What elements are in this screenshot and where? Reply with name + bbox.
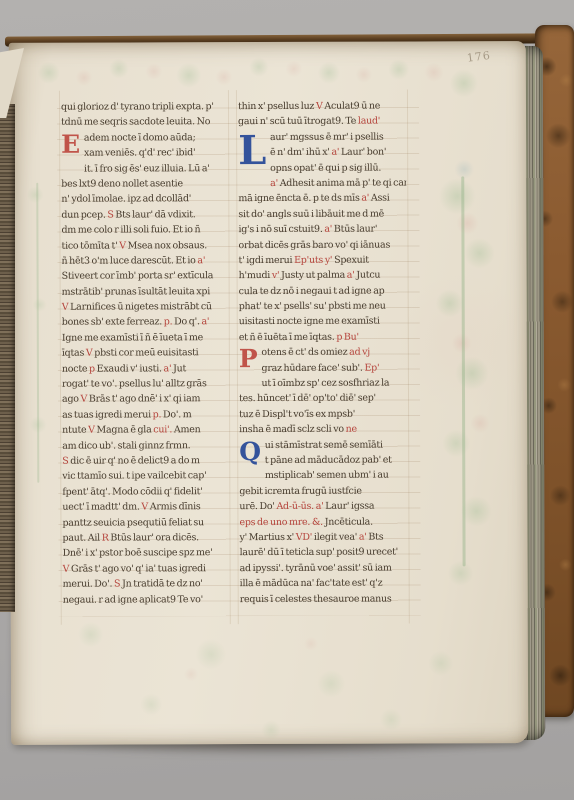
rubric-text: a' [164,363,174,374]
rubric-text: a' [347,270,357,281]
body-text: t' igdi merui [239,255,295,266]
body-text: it. ī fro sig ēs' euz illuia. Lū a' [84,163,210,174]
manuscript-text-line: Dnē' i x' pstor boē suscipe spz me' [63,545,231,561]
text-column-left: qui glorioz d' tyrano tripli expta. p'td… [61,99,231,607]
manuscript-text-line: insha ē madī sclz scli vo ne [239,422,407,438]
rubric-text: Ep'uts y' [294,255,334,266]
body-text: et ñ ē īuēta ī me īqtas. [239,332,337,343]
rubric-text: a' [361,193,371,204]
body-text: panttz seuicia psequtiū feliat su [62,517,203,528]
body-text: Laur' bon' [341,147,386,158]
body-text: thin x' psellus luz [238,101,316,112]
manuscript-text-line: h'mudi v' Justy ut palma a' Jutcu [239,268,407,284]
manuscript-text-line: uect' ī madtt' dm. V Armis dīnis [62,499,230,515]
body-text: rogat' te vo'. psellus lu' alltz grās [62,378,207,390]
body-text: qui glorioz d' tyrano tripli expta. p' [61,101,214,113]
body-text: otens ē ct' ds omiez [261,347,349,358]
manuscript-text-line: t pāne ad māducādoz pab' et [239,453,407,469]
manuscript-text-line: graz hūdare face' sub'. Ep' [239,360,407,376]
body-text: orbat dicēs grās baro vo' qi iānuas [238,239,390,251]
manuscript-text-line: S dic ē uir q' no ē delict9 a do m [62,453,230,469]
manuscript-text-line: ad ipyssi'. tyrānū voe' assit' sū iam [240,560,408,576]
manuscript-text-line: am dico ub'. stali ginnz frmn. [62,438,230,454]
illuminated-initial-p: P [239,345,258,376]
rubric-text: p Bu' [336,332,359,343]
manuscript-text-line: a' Adhesit anima mā p' te qi caro [238,175,406,191]
body-text: insha ē madī sclz scli vo [239,424,345,435]
body-text: uisitasti nocte igne me examīsti [239,316,380,327]
body-text: uect' ī madtt' dm. [62,502,141,513]
manuscript-text-line: gaui n' scū tuū ītrogat9. Te laud' [238,114,406,130]
manuscript-text-line: Potens ē ct' ds omiez ad vj [239,345,407,361]
rubric-text: p. [164,317,174,328]
manuscript-text-line: requis ī celestes thesauroe manus [240,591,408,607]
body-text: fpent' ātq'. Modo cōdii q' fidelit' [62,486,202,497]
body-text: ilegit vea' [314,532,359,543]
body-text: dun pcep. [61,209,107,220]
body-text: ago [62,394,81,405]
manuscript-text-line: ntute V Magna ē gla cui'. Amen [62,422,230,438]
rubric-text: p [89,363,97,374]
rubric-text: cui'. [153,425,174,436]
rubric-text: Ep' [364,362,379,373]
manuscript-text-line: as tuas igredi merui p. Do'. m [62,407,230,423]
body-text: Assi [371,193,390,204]
body-text: nocte [62,363,89,374]
body-text: mā igne ēncta ē. p te ds mīs [238,193,361,204]
body-text: opns opat' ē qui p sig illū. [270,162,381,173]
body-text: t pāne ad māducādoz pab' et [265,455,392,466]
body-text: as tuas igredi merui [62,409,153,420]
body-text: Adhesit anima mā p' te qi caro [280,177,408,188]
rubric-text: R [102,532,111,543]
rubric-text: a' [197,255,205,266]
manuscript-text-line: qui glorioz d' tyrano tripli expta. p' [61,99,229,115]
body-text: Igne me examīsti ī ñ ē īueta ī me [62,332,203,343]
body-text: Exaudi v' iusti. [97,363,164,374]
body-text: aur' mgssus ē mr' i psellis [270,131,384,142]
manuscript-text-line: uisitasti nocte igne me examīsti [239,314,407,330]
body-text: Bts [368,532,383,543]
manuscript-text-line: tico tōmīta t' V Msea nox obsaus. [61,238,229,254]
rubric-text: Ad-ū-ūs. a' [276,501,325,512]
manuscript-text-line: eps de uno mre. &. Jncēticula. [239,514,407,530]
body-text: gaui n' scū tuū ītrogat9. Te [238,116,358,127]
manuscript-text-line: laurē' dū ī teticla sup' posit9 urecet' [240,545,408,561]
body-text: adem nocte ī domo aūda; [84,132,196,143]
body-text: ad ipyssi'. tyrānū voe' assit' sū iam [240,562,392,574]
body-text: Jn tratidā te dz no' [122,578,203,589]
manuscript-text-line: merui. Do'. S Jn tratidā te dz no' [63,576,231,592]
manuscript-text-line: phat' te x' psells' su' pbsti me neu [239,299,407,315]
body-text: Bts laur' dā vdixit. [115,209,195,220]
body-text: ig's i nō suī cstuit9. [238,224,324,235]
manuscript-text-line: Eadem nocte ī domo aūda; [61,130,229,146]
body-text: mstiplicab' semen ubm' i au [265,470,389,481]
body-text: laurē' dū ī teticla sup' posit9 urecet' [240,547,398,559]
body-text: tuz ē Displ't vo'īs ex mpsb' [239,409,355,420]
body-text: bes lxt9 deno nollet asentie [61,178,183,189]
rubric-text: a' [331,147,341,158]
manuscript-text-line: ut ī oīmbz sp' cez sosfhriaz la [239,376,407,392]
body-text: tes. hūncet' ī dē' op'to' diē' sep' [239,393,376,404]
manuscript-text-line: sit do' angls suū i libāuit me d mē [238,206,406,222]
body-text: paut. Ail [62,533,101,544]
manuscript-text-line: vic ttamīo sui. t ipe vailcebit cap' [62,469,230,485]
manuscript-text-line: fpent' ātq'. Modo cōdii q' fidelit' [62,484,230,500]
body-text: h'mudi [239,270,272,281]
manuscript-text-line: ago V Brās t' ago dnē' i x' qi iam [62,392,230,408]
illuminated-initial-l: L [238,130,266,176]
manuscript-text-line: y' Martius x' VD' ilegit vea' a' Bts [239,529,407,545]
body-text: graz hūdare face' sub'. [261,362,364,373]
manuscript-text-line: rogat' te vo'. psellus lu' alltz grās [62,376,230,392]
manuscript-text-line: mā igne ēncta ē. p te ds mīs a' Assi [238,191,406,207]
body-text: Spexuit [334,255,369,266]
body-text: Msea nox obsaus. [128,240,208,251]
body-text: tdnū me seqris sacdote leuita. No [61,117,210,129]
body-text: Magna ē gla [97,425,154,436]
manuscript-text-line: n' ydol īmolae. ipz ad dcollād' [61,191,229,207]
body-text: Do'. m [163,409,192,420]
body-text: Dnē' i x' pstor boē suscipe spz me' [63,548,213,560]
manuscript-text-line: Laur' mgssus ē mr' i psellis [238,129,406,145]
text-block: qui glorioz d' tyrano tripli expta. p'td… [61,99,408,608]
body-text: ñ hēt3 o'm luce darescūt. Et io [62,255,198,266]
manuscript-text-line: Stiveert cor īmb' porta sr' extīcula [62,268,230,284]
manuscript-text-line: urē. Do' Ad-ū-ūs. a' Laur' igssa [239,499,407,515]
body-text: xam veniēs. q'd' rec' ibid' [84,147,195,158]
manuscript-text-line: paut. Ail R Btūs laur' ora dicēs. [62,530,230,546]
manuscript-text-line: V Grās t' ago vo' q' ia' tuas igredi [63,561,231,577]
manuscript-text-line: tdnū me seqris sacdote leuita. No [61,115,229,131]
body-text: y' Martius x' [239,532,295,543]
body-text: sit do' angls suū i libāuit me d mē [238,208,384,220]
body-text: Amen [174,424,201,435]
manuscript-page: 176 qui glorioz d' tyrano tripli expta. … [9,41,528,745]
manuscript-text-line: orbat dicēs grās baro vo' qi iānuas [238,237,406,253]
manuscript-text-line: xam veniēs. q'd' rec' ibid' [61,145,229,161]
body-text: am dico ub'. stali ginnz frmn. [62,440,190,451]
body-text: pbsti cor meū euisitasti [94,347,198,358]
rubric-text: V [80,394,88,405]
manuscript-text-line: ig's i nō suī cstuit9. a' Btūs laur' [238,222,406,238]
rubric-text: V [119,240,127,251]
illuminated-initial-e: E [61,130,80,161]
manuscript-text-line: mstiplicab' semen ubm' i au [239,468,407,484]
body-text: dic ē uir q' no ē delict9 a do m [70,455,200,466]
manuscript-text-line: tes. hūncet' ī dē' op'to' diē' sep' [239,391,407,407]
body-text: n' ydol īmolae. ipz ad dcollād' [61,194,191,205]
rubric-text: a' [359,532,369,543]
body-text: gebit icremta frugū iustfcie [239,485,361,496]
illuminated-initial-q: Q [239,438,261,469]
manuscript-photo: 176 qui glorioz d' tyrano tripli expta. … [0,0,574,800]
manuscript-text-line: illa ē mādūca na' fac'tate est' q'z [240,576,408,592]
body-text: mstrātib' prunas īsultāt leuita xpi [62,286,210,298]
body-text: īqtas [62,348,86,359]
rubric-text: laud' [358,116,380,127]
body-text: tico tōmīta t' [61,240,119,251]
body-text: Armis dīnis [150,501,201,512]
manuscript-text-line: dun pcep. S Bts laur' dā vdixit. [61,207,229,223]
manuscript-text-line: bes lxt9 deno nollet asentie [61,176,229,192]
manuscript-text-line: negaui. r ad igne aplicat9 Te vo' [63,592,231,608]
manuscript-text-line: V Larnifices ū nigetes mistrābt cū [62,299,230,315]
body-text: requis ī celestes thesauroe manus [240,593,392,605]
body-text: ē n' dm' ihū x' [270,147,331,158]
body-text: ut ī oīmbz sp' cez sosfhriaz la [262,378,390,389]
body-text: urē. Do' [239,501,276,512]
body-text: dm me colo r illi soli fuio. Et io ñ [61,224,200,235]
body-text: Grās t' ago vo' q' ia' tuas igredi [71,563,206,574]
body-text: Stiveert cor īmb' porta sr' extīcula [62,270,214,282]
rubric-text: eps de uno mre. &. [239,516,324,527]
body-text: illa ē mādūca na' fac'tate est' q'z [240,578,383,589]
body-text: ui stāmīstrat semē semīāti [265,439,383,450]
text-column-right: thin x' psellus luz V Aculat9 ū negaui n… [238,99,408,607]
body-text: cula te dz nō i negaui t ad igne ap [239,285,385,297]
body-text: Jncēticula. [325,516,373,527]
manuscript-text-line: it. ī fro sig ēs' euz illuia. Lū a' [61,161,229,177]
manuscript-text-line: thin x' psellus luz V Aculat9 ū ne [238,99,406,115]
body-text: merui. Do'. [63,579,114,590]
body-text: Btūs laur' ora dicēs. [110,532,199,543]
body-text: Justy ut palma [281,270,347,281]
rubric-text: VD' [296,532,314,543]
body-text: Do q'. [174,317,201,328]
body-text: Btūs laur' [334,224,377,235]
manuscript-text-line: gebit icremta frugū iustfcie [239,483,407,499]
manuscript-text-line: bones sb' exte ferreaz. p. Do q'. a' [62,315,230,331]
rubric-text: S [107,209,115,220]
manuscript-text-line: dm me colo r illi soli fuio. Et io ñ [61,222,229,238]
manuscript-text-line: panttz seuicia psequtiū feliat su [62,515,230,531]
body-text: vic ttamīo sui. t ipe vailcebit cap' [62,471,206,483]
rubric-text: S [62,456,70,467]
body-text: Aculat9 ū ne [324,101,380,112]
rubric-text: v' [272,270,281,281]
body-text: bones sb' exte ferreaz. [62,317,164,328]
body-text: Brās t' ago dnē' i x' qi iam [89,394,200,405]
manuscript-text-line: et ñ ē īuēta ī me īqtas. p Bu' [239,329,407,345]
body-text: ntute [62,425,88,436]
manuscript-text-line: nocte p Exaudi v' iusti. a' Jut [62,361,230,377]
manuscript-text-line: īqtas V pbsti cor meū euisitasti [62,345,230,361]
rubric-text: a' [201,317,209,328]
body-text: negaui. r ad igne aplicat9 Te vo' [63,594,203,605]
rubric-text: p. [153,409,163,420]
body-text: Larnifices ū nigetes mistrābt cū [70,301,212,312]
manuscript-text-line: tuz ē Displ't vo'īs ex mpsb' [239,406,407,422]
body-text: Jut [173,363,186,374]
manuscript-text-line: ñ hēt3 o'm luce darescūt. Et io a' [62,253,230,269]
manuscript-text-line: t' igdi merui Ep'uts y' Spexuit [239,252,407,268]
manuscript-text-line: cula te dz nō i negaui t ad igne ap [239,283,407,299]
body-text: Laur' igssa [325,501,374,512]
rubric-text: ad vj [349,347,370,358]
body-text: Jutcu [356,270,380,281]
rubric-text: ne [346,424,357,435]
manuscript-text-line: mstrātib' prunas īsultāt leuita xpi [62,284,230,300]
manuscript-text-line: Qui stāmīstrat semē semīāti [239,437,407,453]
body-text: phat' te x' psells' su' pbsti me neu [239,301,386,313]
gutter-page-edges [0,104,15,612]
manuscript-text-line: Igne me examīsti ī ñ ē īueta ī me [62,330,230,346]
